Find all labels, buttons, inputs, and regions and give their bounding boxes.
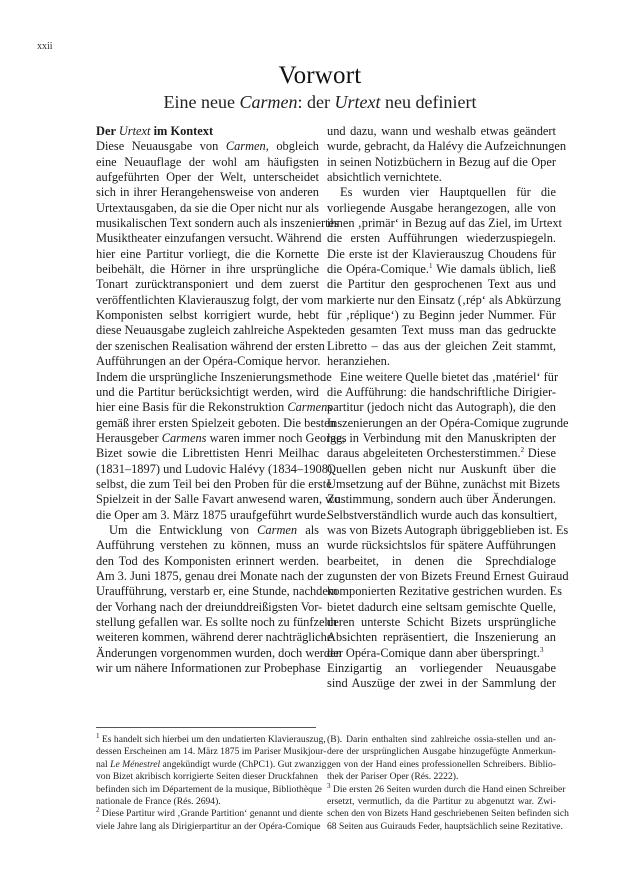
subtitle-text: : der [298,92,335,112]
text-line: Aufführungen an der Opéra-Comique hervor… [96,354,319,369]
text-line: komponierten Rezitative gestrichen wurde… [327,584,556,599]
text-line: stellung gefallen war. Es sollte noch zu… [96,615,319,630]
footnote-line: viele Jahre lang als Dirigierpartitur an… [96,821,318,833]
text-line: in seinen Notizbüchern in Bezug auf die … [327,155,556,170]
text-line: Spielzeit in der Salle Favart anwesend w… [96,492,319,507]
text-line: aufgeführten Oper der Welt, unterscheide… [96,170,319,185]
text-line: Libretto – das aus der gleichen Zeit sta… [327,339,556,354]
text-line: lag, in Verbindung mit den Manuskripten … [327,431,556,446]
subtitle-text: Eine neue [164,92,240,112]
text-line: weiteren kommen, während derer nachträgl… [96,630,319,645]
footnote-line: nal Le Ménestrel angekündigt wurde (ChPC… [96,759,318,771]
footnote-line: dere der ursprünglichen Ausgabe hinzugef… [327,746,556,758]
text-line: selbst, die zum Teil bei den Proben für … [96,477,319,492]
text-line: Umsetzung auf der Bühne, zunächst mit Bi… [327,477,556,492]
text-line: die Partitur den gesprochenen Text aus u… [327,277,556,292]
left-column-body: Diese Neuausgabe von Carmen, obgleichein… [96,139,319,676]
footnote-line: befinden sich im Département de la musiq… [96,784,318,796]
text-line: Diese Neuausgabe von Carmen, obgleich [96,139,319,154]
text-line: Zustimmung, sondern auch über Änderungen… [327,492,556,507]
text-line: partitur (jedoch nicht das Autograph), d… [327,400,556,415]
text-line: musikalischen Text sondern auch als insz… [96,216,319,231]
text-line: diese Neuausgabe zugleich zahlreiche Asp… [96,323,319,338]
text-line: eine Neuauflage der wohl am häufigsten [96,155,319,170]
text-line: daraus abgeleiteten Orchesterstimmen.2 D… [327,446,556,461]
subtitle-text: neu definiert [380,92,476,112]
text-line: bearbeitet, in denen die Sprechdialoge [327,554,556,569]
text-line: Inszenierungen an der Opéra-Comique zugr… [327,416,556,431]
text-line: die Opéra-Comique.1 Wie damals üblich, l… [327,262,556,277]
footnote-line: nationale de France (Rés. 2694). [96,796,318,808]
subtitle-carmen: Carmen [240,92,298,112]
text-line: und die Partitur berücksichtigt werden, … [96,385,319,400]
text-line: Um die Entwicklung von Carmen als [96,523,319,538]
text-line: hier eine Basis für die Rekonstruktion C… [96,400,319,415]
left-column: Der Urtext im Kontext Diese Neuausgabe v… [96,124,319,676]
subtitle-urtext: Urtext [335,92,381,112]
text-line: markierte nur den Einsatz (‚rép‘ als Abk… [327,293,556,308]
text-line: wurde rücksichtslos für spätere Aufführu… [327,538,556,553]
text-line: Indem die ursprüngliche Inszenierungsmet… [96,370,319,385]
text-line: wurde, gebracht, da Halévy die Aufzeichn… [327,139,556,154]
footnotes-right: (B). Darin enthalten sind zahlreiche oss… [327,734,556,833]
text-line: die Oper am 3. März 1875 uraufgeführt wu… [96,508,319,523]
footnote-line: 1 Es handelt sich hierbei um den undatie… [96,734,318,746]
text-line: und dazu, wann und weshalb etwas geänder… [327,124,556,139]
text-line: beibehält, die Hörner in ihre ursprüngli… [96,262,319,277]
page-title: Vorwort [0,62,640,90]
text-line: absichtlich vernichtete. [327,170,556,185]
text-line: der Opéra-Comique dann aber überspringt.… [327,646,556,661]
text-line: Herausgeber Carmens waren immer noch Geo… [96,431,319,446]
footnote-line: schen den von Bizets Hand geschriebenen … [327,808,556,820]
heading-urtext: Urtext [119,124,151,138]
text-line: Komponisten selbst korrigiert wurde, heb… [96,308,319,323]
page-number: xxii [37,41,53,52]
text-line: hier eine Partitur vorliegt, die die Kor… [96,247,319,262]
footnote-line: 2 Diese Partitur wird ‚Grande Partition‘… [96,808,318,820]
text-line: Bizet sowie die Librettisten Henri Meilh… [96,446,319,461]
text-line: sind Auszüge der zwei in der Sammlung de… [327,676,556,691]
right-column-body: und dazu, wann und weshalb etwas geänder… [327,124,556,692]
text-line: Es wurden vier Hauptquellen für die [327,185,556,200]
text-line: den Tod des Komponisten erinnert werden. [96,554,319,569]
text-line: den gesamten Text muss man das gedruckte [327,323,556,338]
text-line: der Vorhang nach der dreiunddreißigsten … [96,600,319,615]
section-heading: Der Urtext im Kontext [96,124,319,139]
text-line: was von Bizets Autograph übriggeblieben … [327,523,556,538]
text-line: vorliegende Ausgabe herangezogen, alle v… [327,201,556,216]
text-line: heranziehen. [327,354,556,369]
text-line: für ‚réplique‘) zu Beginn jeder Nummer. … [327,308,556,323]
text-line: Musiktheater einzufangen versucht. Währe… [96,231,319,246]
footnote-line: ersetzt, vermutlich, da die Partitur zu … [327,796,556,808]
heading-text: im Kontext [150,124,213,138]
text-line: Einzigartig an vorliegender Neuausgabe [327,661,556,676]
text-line: Quellen geben nicht nur Auskunft über di… [327,462,556,477]
right-column: und dazu, wann und weshalb etwas geänder… [327,124,556,692]
text-line: Urtextausgaben, da sie die Oper nicht nu… [96,201,319,216]
text-line: Uraufführung, verstarb er, eine Stunde, … [96,584,319,599]
footnote-divider [96,727,316,728]
text-line: Aufführung verstehen zu können, muss an [96,538,319,553]
footnotes-left: 1 Es handelt sich hierbei um den undatie… [96,734,318,833]
footnote-line: gen von der Hand eines professionellen S… [327,759,556,771]
text-line: veröffentlichten Klavierauszug folgt, de… [96,293,319,308]
text-line: Änderungen vorgenommen wurden, doch werd… [96,646,319,661]
text-line: die Aufführung: die handschriftliche Dir… [327,385,556,400]
heading-text: Der [96,124,119,138]
footnote-line: 68 Seiten aus Guirauds Feder, hauptsächl… [327,821,556,833]
footnote-line: von Bizet akribisch korrigierte Seiten d… [96,771,318,783]
text-line: gemäß ihrer ersten Spielzeit geboten. Di… [96,416,319,431]
footnote-line: (B). Darin enthalten sind zahlreiche oss… [327,734,556,746]
text-line: Die erste ist der Klavierauszug Choudens… [327,247,556,262]
text-line: (1831–1897) und Ludovic Halévy (1834–190… [96,462,319,477]
text-line: der szenischen Realisation während der e… [96,339,319,354]
footnote-line: dessen Erscheinen am 14. März 1875 im Pa… [96,746,318,758]
text-line: wir um nähere Informationen zur Probepha… [96,661,319,676]
text-line: die ersten Aufführungen wiederzuspiegeln… [327,231,556,246]
text-line: Am 3. Juni 1875, genau drei Monate nach … [96,569,319,584]
text-line: Selbstverständlich wurde auch das konsul… [327,508,556,523]
page-subtitle: Eine neue Carmen: der Urtext neu definie… [0,92,640,113]
text-line: bietet dadurch eine seltsam gemischte Qu… [327,600,556,615]
footnote-line: thek der Pariser Oper (Rés. 2222). [327,771,556,783]
text-line: Absichten repräsentiert, die Inszenierun… [327,630,556,645]
footnote-line: 3 Die ersten 26 Seiten wurden durch die … [327,784,556,796]
text-line: zugunsten der von Bizets Freund Ernest G… [327,569,556,584]
text-line: ihnen ‚primär‘ in Bezug auf das Ziel, im… [327,216,556,231]
text-line: Tonart zurücktransponiert und dem zuerst [96,277,319,292]
text-line: sich in ihrer Herangehensweise von ander… [96,185,319,200]
text-line: deren unterste Schicht Bizets ursprüngli… [327,615,556,630]
text-line: Eine weitere Quelle bietet das ‚matériel… [327,370,556,385]
